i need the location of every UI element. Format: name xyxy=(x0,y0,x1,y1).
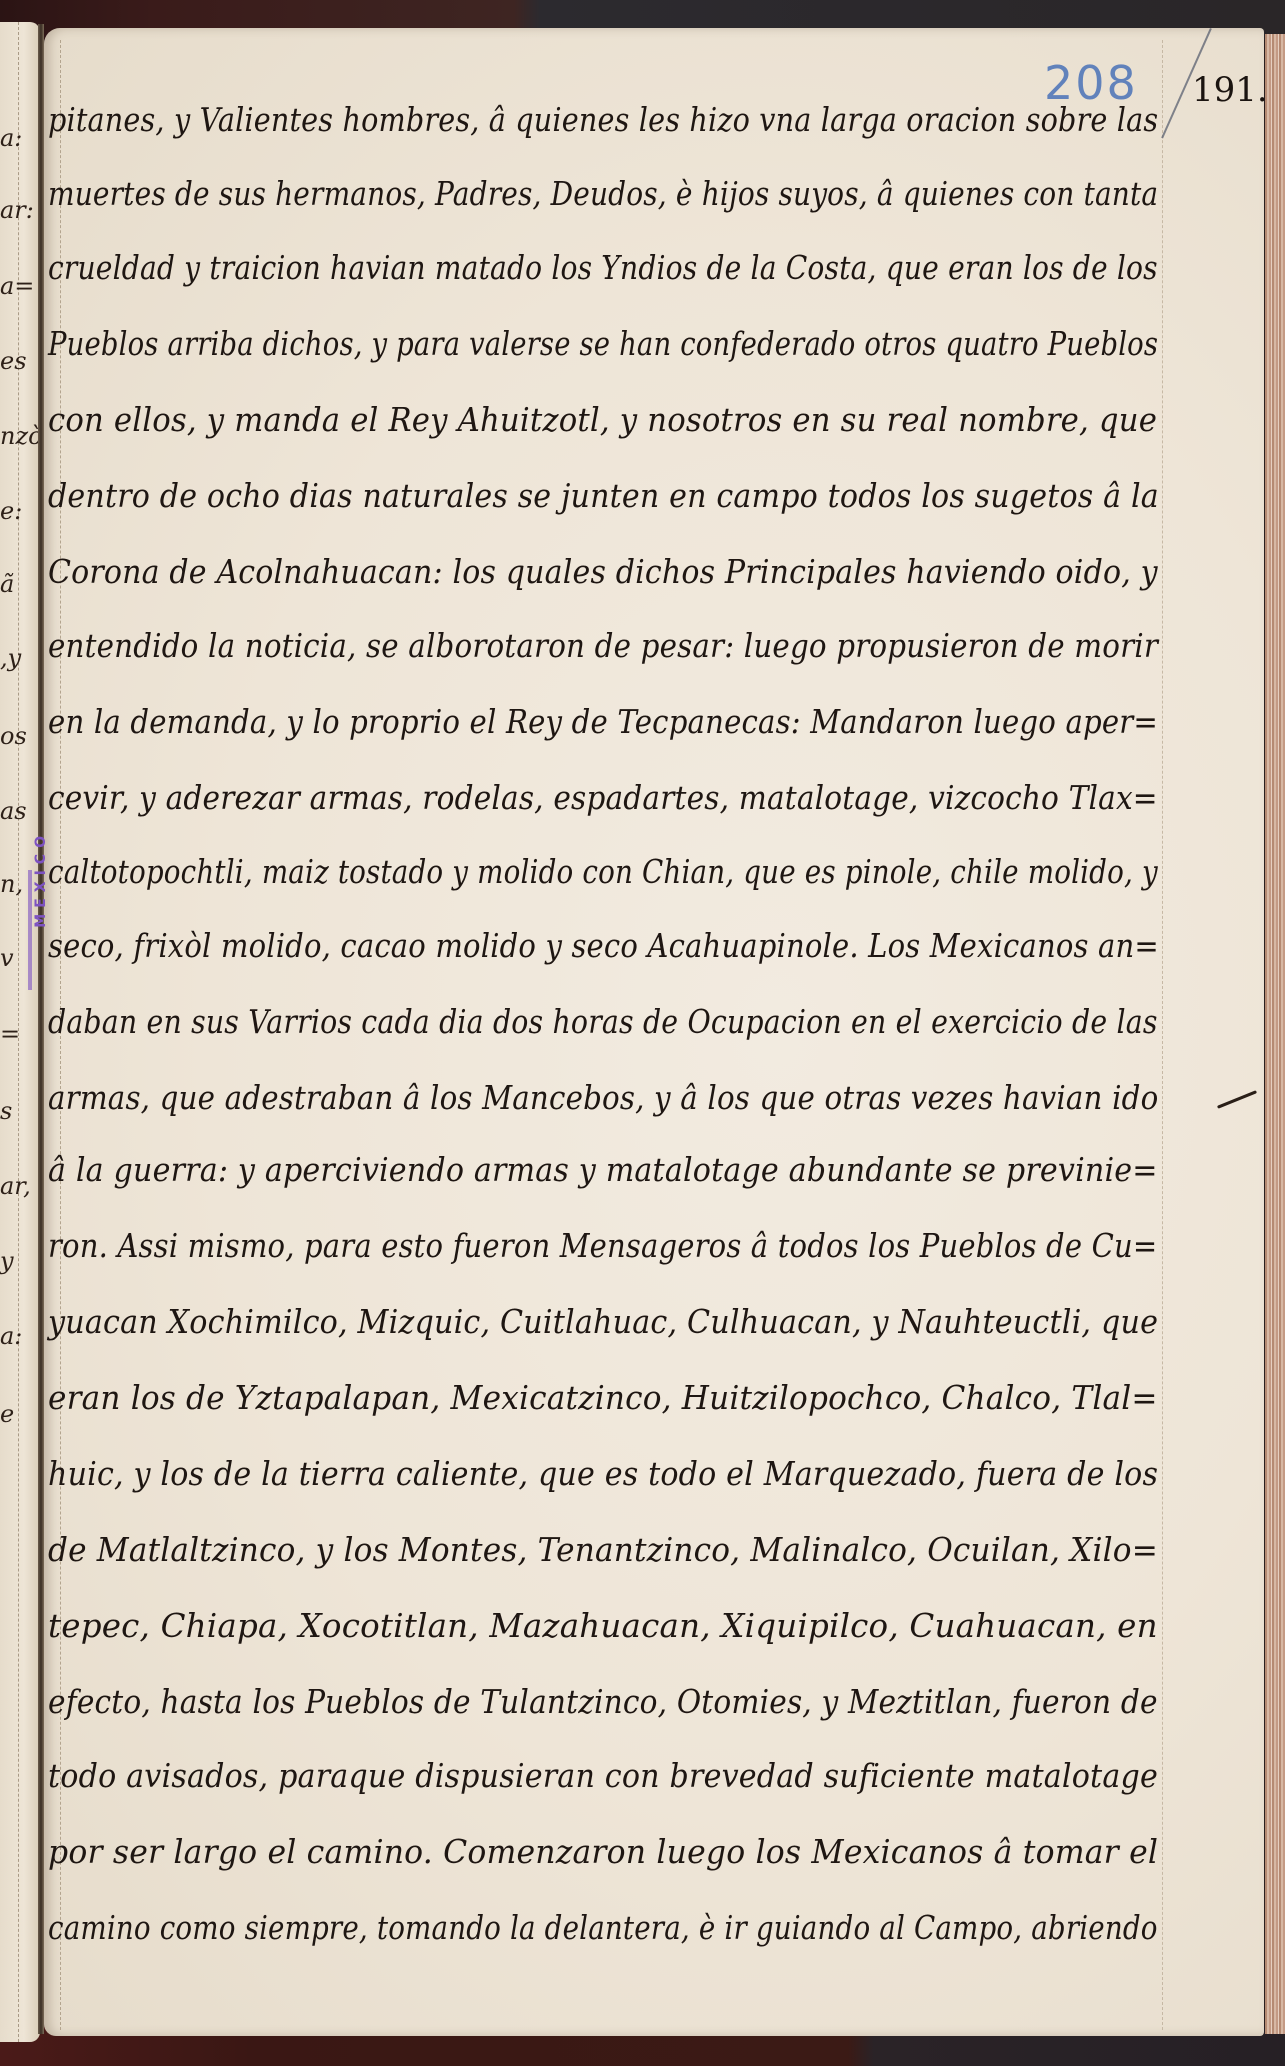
text-line: eran los de Yztapalapan, Mexicatzinco, H… xyxy=(48,1378,1095,1417)
text-line: por ser largo el camino. Comenzaron lueg… xyxy=(48,1832,1106,1871)
left-page-fragment: ,y xyxy=(0,644,21,672)
left-page-fragment: es xyxy=(0,347,27,375)
text-line: pitanes, y Valientes hombres, â quienes … xyxy=(48,100,1011,139)
folio-number: 191. xyxy=(1192,70,1268,110)
left-page-fragment: ã xyxy=(0,570,14,598)
text-line: huic, y los de la tierra caliente, que e… xyxy=(48,1454,1060,1493)
left-page-fragment: a: xyxy=(0,124,22,152)
text-line: tepec, Chiapa, Xocotitlan, Mazahuacan, X… xyxy=(48,1606,1141,1645)
text-line: seco, frixòl molido, cacao molido y seco… xyxy=(48,926,1025,965)
text-line: camino como siempre, tomando la delanter… xyxy=(48,1908,980,1947)
left-page-fragment: os xyxy=(0,722,27,750)
left-page-fragment: a: xyxy=(0,1322,22,1350)
text-line: Corona de Acolnahuacan: los quales dicho… xyxy=(48,552,1057,591)
text-line: muertes de sus hermanos, Padres, Deudos,… xyxy=(48,174,989,213)
left-page-fragment: nzò xyxy=(0,422,40,450)
text-line: efecto, hasta los Pueblos de Tulantzinco… xyxy=(48,1682,1044,1721)
text-line: â la guerra: y aperciviendo armas y mata… xyxy=(48,1150,1060,1189)
left-page-fragment: v xyxy=(0,944,14,972)
text-line: entendido la noticia, se alborotaron de … xyxy=(48,626,1035,665)
library-stamp: MEXICO xyxy=(30,830,46,928)
text-line: crueldad y traicion havian matado los Yn… xyxy=(48,248,994,287)
text-line: dentro de ocho dias naturales se junten … xyxy=(48,476,1059,515)
text-line: todo avisados, paraque dispusieran con b… xyxy=(48,1756,1061,1795)
left-page-fragment: e: xyxy=(0,497,22,525)
text-line: yuacan Xochimilco, Mizquic, Cuitlahuac, … xyxy=(48,1302,1063,1341)
text-line: cevir, y aderezar armas, rodelas, espada… xyxy=(48,778,1043,817)
left-page-fragment: as xyxy=(0,797,27,825)
text-line: ron. Assi mismo, para esto fueron Mensag… xyxy=(48,1226,1025,1265)
text-line: con ellos, y manda el Rey Ahuitzotl, y n… xyxy=(48,400,1080,439)
left-page-fragment: s xyxy=(0,1097,12,1125)
left-page-fragment: e xyxy=(0,1400,14,1428)
text-line: Pueblos arriba dichos, y para valerse se… xyxy=(48,324,972,363)
text-line: daban en sus Varrios cada dia dos horas … xyxy=(48,1002,1003,1041)
left-page-fragment: = xyxy=(0,1020,20,1048)
left-page-fragment: y xyxy=(0,1247,14,1275)
text-line: en la demanda, y lo proprio el Rey de Te… xyxy=(48,702,1029,741)
text-line: de Matlaltzinco, y los Montes, Tenantzin… xyxy=(48,1530,1095,1569)
left-page-edge: a: ar: a= es nzò e: ã ,y os as n, v = s … xyxy=(0,22,40,2042)
left-page-fragment: a= xyxy=(0,272,34,300)
left-page-fragment: ar: xyxy=(0,196,34,224)
left-page-fragment: ar, xyxy=(0,1172,31,1200)
right-margin-rule xyxy=(1162,40,1163,2030)
left-page-fragment: n, xyxy=(0,870,23,898)
text-line: armas, que adestraban â los Mancebos, y … xyxy=(48,1078,1034,1117)
text-line: caltotopochtli, maiz tostado y molido co… xyxy=(48,852,982,891)
page-edges xyxy=(1265,34,1285,2034)
